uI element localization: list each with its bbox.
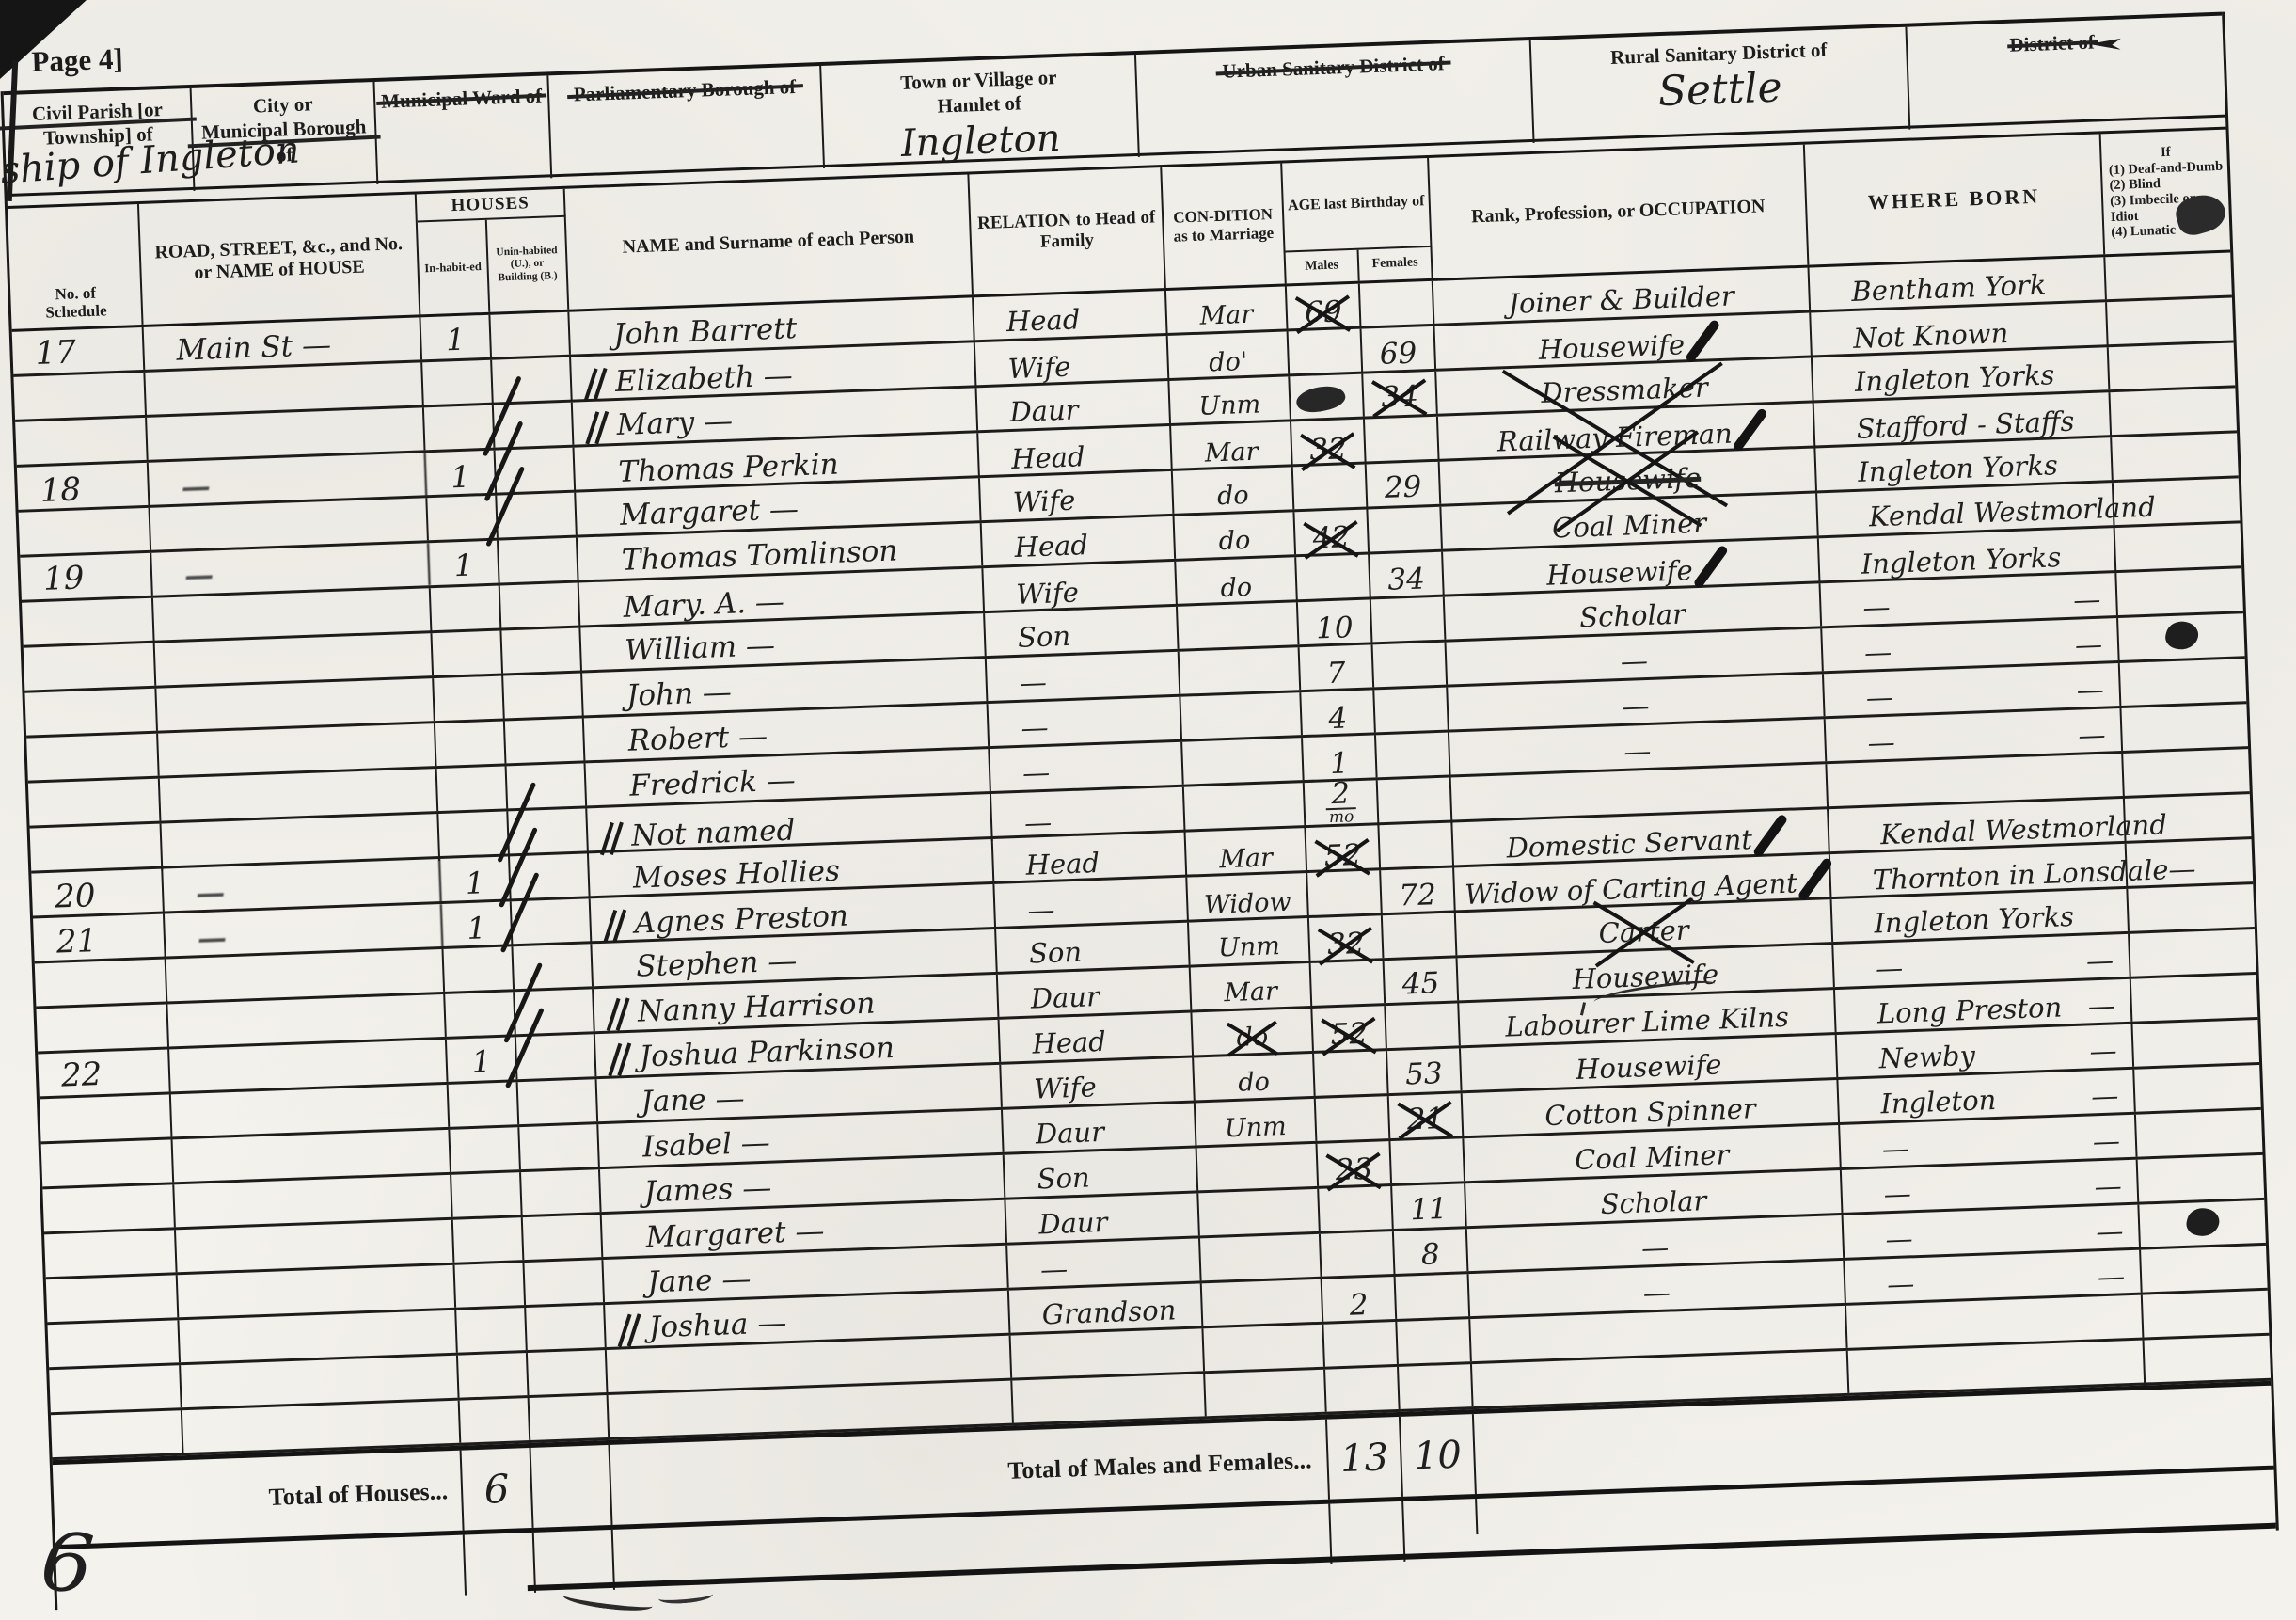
age-females-cell [1371,597,1447,643]
condition-cell: do' [1168,331,1291,380]
infirmities-cell [2121,704,2248,751]
uninhabited-cell [508,808,589,858]
person-name: Isabel — [642,1126,771,1165]
condition-value: Unm [1224,1112,1287,1143]
infirmities-cell [2127,839,2254,888]
infirmities-cell [2114,478,2241,525]
schedule-number-cell [30,824,164,876]
relation-cell: Daur [1003,1103,1196,1151]
where-born-ditto-dash: — [2091,1079,2129,1112]
age-male-value: 2 [1349,1293,1369,1320]
schedule-number-cell [41,1139,175,1186]
age-females-cell [1365,417,1440,464]
schedule-number-cell: 19 [20,553,153,600]
relation-cell: — [1007,1238,1201,1287]
relation-cell: — [994,878,1189,929]
age-males-cell [1311,961,1386,1006]
census-page-scan: The undermentioned Page 4] Civil Parish … [0,0,2296,1620]
person-name: Mary — [616,405,734,442]
road-street-cell: — [151,543,430,596]
form-top-note: The undermentioned [449,0,1108,12]
uninhabited-cell [501,628,582,674]
uninhabited-cell [519,1124,600,1169]
age-males-cell [1319,1186,1394,1231]
uninhabited-cell [494,403,575,448]
relation-cell [1011,1328,1205,1377]
person-name: Jane — [647,1262,752,1299]
schedule-number-cell [48,1320,182,1367]
road-street-cell [174,1175,452,1228]
person-name: Agnes Preston [634,899,848,941]
schedule-number-cell [42,1184,176,1231]
infirmities-cell [2110,388,2237,437]
road-street-cell [173,1130,451,1183]
inhabited-cell [424,405,496,451]
header-females: Females [1359,247,1433,281]
double-tick-mark [606,909,625,944]
schedule-number-cell [40,1094,173,1141]
condition-cell: Mar [1186,828,1308,877]
person-name: Joshua Parkinson [639,1031,895,1074]
schedule-number-cell [49,1365,182,1412]
schedule-number-cell [26,734,160,781]
age-months-unit: mo [1326,807,1357,826]
condition-cell [1198,1189,1321,1236]
condition-value: do [1216,481,1249,511]
where-born-value: Bentham York [1851,269,2047,308]
age-female-value: 69 [1379,337,1417,372]
age-female-value: 29 [1384,469,1422,504]
age-males-cell [1293,465,1369,510]
where-born-value: — [1881,1132,1909,1165]
inhabited-cell [450,1127,521,1172]
condition-cell: Widow [1187,873,1309,922]
where-born-ditto-dash: — [2089,1034,2127,1067]
total-males-value: 13 [1327,1417,1403,1500]
municipal-ward-cell: Municipal Ward of [374,75,552,183]
age-females-cell: 53 [1387,1048,1463,1093]
person-name: Elizabeth — [614,358,793,399]
relation-cell: — [987,652,1180,701]
road-street-cell [179,1310,457,1363]
schedule-number-cell [36,1004,169,1051]
condition-cell: do [1173,467,1295,514]
schedule-number-cell [28,779,162,826]
inhabited-cell [449,1082,520,1127]
age-male-value: 23 [1335,1157,1372,1184]
schedule-number-cell [35,959,168,1006]
inhabited-cell [432,631,503,676]
where-born-value: Ingleton Yorks [1858,449,2059,488]
district-label: District of [2009,30,2095,57]
where-born-value: Kendal Westmorland [1868,491,2156,533]
inhabited-cell [453,1217,525,1263]
inhabited-cell [451,1172,523,1217]
road-street-cell: Main St — [144,317,422,370]
inhabited-cell: 1 [442,901,514,948]
uninhabited-cell [507,763,588,808]
schedule-number-cell [19,508,152,555]
relation-cell [1012,1374,1206,1422]
person-name: Thomas Tomlinson [621,533,898,577]
occupation-value: Coal Miner [1552,507,1707,545]
age-males-cell: 42 [1294,509,1370,554]
condition-cell: do [1194,1054,1316,1101]
schedule-number-cell [13,373,147,421]
occupation-value: Carter [1598,914,1689,949]
ink-scribble-mark [562,1587,653,1614]
age-male-value: 52 [1330,1022,1368,1049]
age-females-cell [1374,688,1449,733]
relation-cell: Son [996,923,1190,972]
header-schedule-line2: Schedule [45,302,107,323]
total-houses-value: 6 [462,1448,534,1531]
infirmities-cell [2116,568,2243,615]
town-village-cell: Town or Village or Hamlet of Ingleton [821,55,1140,167]
age-female-value: 34 [1381,380,1419,415]
where-born-value: Newby [1878,1040,1975,1075]
person-name: James — [643,1171,772,1210]
uninhabited-cell [497,493,578,538]
where-born-value: — [1865,681,1893,714]
uninhabited-cell [513,944,594,989]
age-female-value: 72 [1399,878,1437,913]
header-where-born: WHERE BORN [1805,134,2105,264]
condition-value: do [1220,573,1253,603]
relation-cell: — [989,697,1182,746]
where-born-ditto-dash: — [2074,627,2112,660]
infirmities-cell [2112,433,2239,480]
occupation-value: Labourer Lime Kilns [1505,1001,1790,1043]
age-male-value: 52 [1323,843,1361,870]
age-females-cell: 29 [1367,462,1442,507]
pen-slash-mark [1732,407,1768,453]
relation-cell: Grandson [1009,1283,1203,1332]
inhabited-cell [422,360,494,407]
column-rule [1475,1499,1478,1534]
occupation-value: Scholar [1579,597,1686,633]
uninhabited-cell [492,357,573,405]
uninhabited-cell [490,312,571,357]
age-males-cell [1314,1051,1389,1096]
age-females-cell: 34 [1370,552,1445,599]
condition-cell: do [1175,512,1297,559]
condition-cell: Unm [1189,918,1311,965]
relation-cell: Head [993,833,1188,883]
person-name: Margaret — [619,492,799,532]
total-females-value: 10 [1401,1414,1477,1497]
road-street-cell [147,407,425,460]
road-street-cell [181,1356,459,1408]
column-rule [463,1535,467,1596]
urban-sanitary-label: Urban Sanitary District of [1222,51,1445,84]
condition-cell [1180,692,1303,739]
where-born-value: — [1862,591,1891,624]
age-males-cell: 69 [1287,284,1362,329]
age-male-value: 1 [1330,752,1350,779]
condition-value: Mar [1219,843,1274,874]
road-street-cell [182,1401,461,1453]
condition-cell [1205,1370,1327,1417]
infirmities-cell [2130,929,2256,977]
age-male-value: 7 [1326,661,1346,689]
schedule-number-cell [24,689,158,736]
occupation-value: — [1622,690,1650,723]
age-males-cell: 23 [1317,1141,1392,1186]
road-street-cell [169,1040,448,1092]
bottom-left-numeral: 6 [37,1514,98,1612]
inhabited-cell [434,675,505,721]
district-cell: District of [1907,16,2225,129]
relation-cell: Head [978,426,1173,477]
relation-cell: — [990,742,1183,791]
occupation-value: Housewife [1546,554,1694,592]
age-females-cell [1399,1364,1474,1409]
city-borough-cell: City or Municipal Borough of [192,82,379,190]
inhabited-cell [435,721,507,766]
schedule-number-cell [51,1410,184,1457]
condition-value: do' [1209,347,1248,377]
uninhabited-cell [500,583,581,630]
infirmities-cell [2118,613,2245,660]
infirmities-cell [2115,523,2242,572]
age-males-cell [1321,1231,1396,1277]
ink-blot [1294,381,1348,417]
age-males-cell: 4 [1301,690,1376,735]
infirmities-cell [2120,659,2247,706]
age-female-value: 34 [1387,562,1426,596]
uninhabited-cell [523,1215,604,1260]
where-born-ditto-dash: — [2085,944,2123,977]
condition-value: Mar [1199,300,1254,331]
double-tick-mark [609,997,628,1032]
road-street-cell [176,1220,454,1273]
uninhabited-cell [510,853,591,900]
age-males-cell [1307,870,1383,917]
age-male-value: 4 [1328,707,1348,734]
condition-value: Mar [1224,977,1278,1008]
schedule-number-cell [46,1275,180,1322]
inhabited-cell [458,1353,530,1398]
inhabited-cell: 1 [429,541,500,586]
schedule-number-cell: 17 [12,327,146,374]
age-females-cell [1396,1274,1471,1319]
header-males: Males [1286,250,1360,284]
road-street-cell [155,633,434,686]
infirmities-cell [2134,1065,2261,1112]
age-female-value: 45 [1401,966,1440,1001]
uninhabited-cell [505,718,586,763]
road-street-cell [171,1085,450,1137]
header-occupation: Rank, Profession, or OCCUPATION [1429,145,1809,278]
road-street-cell [158,723,436,776]
inhabited-cell [445,992,516,1037]
person-name: Stephen — [636,945,798,984]
infirmities-cell [2136,1110,2263,1157]
schedule-number-cell: 20 [31,869,165,918]
inhabited-cell [455,1263,527,1308]
where-born-value: Stafford - Staffs [1856,405,2075,445]
age-male-value: 32 [1327,931,1365,959]
occupation-value: Housewife [1538,328,1686,366]
condition-cell [1197,1144,1320,1191]
age-females-cell: 34 [1363,372,1438,417]
condition-value: Unm [1218,931,1281,962]
relation-cell: Son [1005,1148,1198,1197]
double-tick-mark [610,1042,630,1077]
column-rule [611,1530,615,1590]
ink-scribble-mark [658,1587,714,1605]
bottom-bold-rule [528,1523,2276,1592]
age-males-cell [1325,1367,1401,1412]
age-female-value: 21 [1406,1102,1445,1136]
infirmities-cell [2107,297,2234,346]
condition-cell [1200,1234,1322,1281]
relation-cell: Daur [977,381,1171,430]
double-tick-mark [603,821,623,856]
road-street-cell [166,949,445,1002]
double-tick-mark [620,1313,640,1348]
where-born-value: — [1867,726,1895,759]
age-females-cell [1383,913,1458,958]
pen-slash-mark [1752,813,1789,858]
infirmities-cell [2123,749,2250,801]
schedule-number-cell [44,1230,178,1277]
municipal-ward-label: Municipal Ward of [381,84,543,114]
city-label-line2: Municipal Borough of [193,114,376,169]
condition-cell [1178,602,1300,649]
occupation-value: — [1641,1231,1670,1264]
condition-cell: Mar [1191,963,1313,1010]
age-females-cell [1379,822,1454,869]
where-born-ditto-dash: — [2087,989,2125,1022]
infirmities-cell [2128,884,2255,931]
road-street-cell [178,1265,456,1318]
where-born-ditto-dash: — [2097,1260,2134,1293]
pen-slash-mark [1692,545,1729,590]
occupation-value: Scholar [1600,1184,1707,1220]
person-name: John Barrett [613,311,798,352]
header-uninhabited: Unin-habited (U.), or Building (B.) [487,217,569,312]
relation-cell: Wife [1001,1057,1195,1106]
age-males-cell: 7 [1300,644,1375,690]
header-schedule: No. of Schedule [8,204,143,329]
inhabited-cell: 1 [447,1037,518,1082]
relation-cell: Daur [1005,1193,1199,1242]
uninhabited-cell [524,1260,605,1305]
where-born-value: — [1887,1267,1915,1300]
condition-value: Mar [1204,437,1259,469]
age-females-cell [1376,733,1451,778]
inhabited-cell [431,586,502,633]
column-rule [532,1533,536,1593]
uninhabited-cell [512,898,593,945]
condition-cell: Mar [1166,286,1289,333]
person-name: Mary. A. — [623,585,784,625]
total-houses-label: Total of Houses... [53,1451,465,1546]
condition-cell: do [1176,557,1298,606]
header-relation: RELATION to Head of Family [969,167,1165,294]
header-schedule-line1: No. of [55,284,96,304]
infirmities-cell [2132,1020,2259,1067]
civil-parish-cell: Civil Parish [or Township] of ship of In… [4,88,196,198]
condition-cell [1180,647,1302,694]
where-born-ditto-dash: — [2092,1124,2130,1157]
age-males-cell: 2mo [1305,780,1380,830]
condition-cell: do [1192,1009,1314,1056]
age-male-value: 32 [1309,437,1347,464]
infirmities-line: (4) Lunatic [2111,221,2226,241]
age-male-value: 10 [1316,615,1354,643]
schedule-number-cell: 21 [33,914,166,963]
age-females-cell: 72 [1381,867,1456,914]
ink-blot [2184,1205,2222,1240]
uninhabited-cell [526,1305,607,1350]
schedule-number-cell [24,643,157,691]
inhabited-cell [427,496,499,541]
person-name: William — [625,628,776,668]
age-males-cell: 52 [1312,1006,1387,1051]
infirmities-cell [2143,1291,2270,1338]
condition-value: do [1218,526,1251,556]
road-street-cell [156,678,435,731]
where-born-ditto-dash: — [2073,582,2111,615]
road-street-cell [150,498,429,550]
relation-cell: Head [1000,1013,1194,1062]
road-street-cell [167,994,446,1047]
header-condition: CON-DITION as to Marriage [1162,164,1286,288]
relation-cell: Head [974,291,1167,340]
age-males-cell [1323,1322,1399,1367]
inhabited-cell [456,1308,528,1353]
age-females-cell [1397,1319,1472,1364]
table-body: 17 Main St — 1 John Barrett Head Mar 69 … [12,253,2271,1461]
pen-slash-mark [1685,319,1721,364]
inhabited-cell: 1 [426,451,498,498]
header-inhabited: In-habit-ed [418,220,490,315]
header-road: ROAD, STREET, &c., and No. or NAME of HO… [139,194,420,324]
age-males-cell: 32 [1291,420,1367,467]
infirmities-cell [2145,1336,2272,1383]
occupation-value: — [1620,644,1648,677]
person-name: Fredrick — [629,763,796,802]
person-name: Margaret — [645,1215,825,1255]
pen-slash-mark [1797,857,1833,902]
age-males-cell [1296,554,1371,601]
where-born-ditto-dash: — [2078,718,2115,751]
double-tick-mark [586,367,606,402]
occupation-value: Housewife [1554,462,1702,500]
uninhabited-cell [518,1079,599,1124]
where-born-value: Long Preston [1876,991,2062,1029]
condition-value: do [1238,1068,1271,1098]
infirmities-cell [2105,253,2232,300]
infirmities-cell [2109,342,2236,389]
form-sheet: Civil Parish [or Township] of ship of In… [1,12,2279,1611]
double-tick-mark [588,410,608,445]
occupation-value: — [1642,1277,1671,1310]
road-street-cell [160,769,438,821]
condition-cell [1202,1279,1324,1326]
header-name: NAME and Surname of each Person [565,174,974,309]
age-females-cell: 11 [1392,1183,1467,1229]
age-male-value: 2 [1331,781,1351,808]
condition-value: do [1236,1023,1269,1053]
condition-value: Widow [1204,888,1292,920]
age-females-cell [1373,643,1449,688]
condition-cell: Mar [1171,421,1293,470]
person-name: Moses Hollies [632,854,840,896]
